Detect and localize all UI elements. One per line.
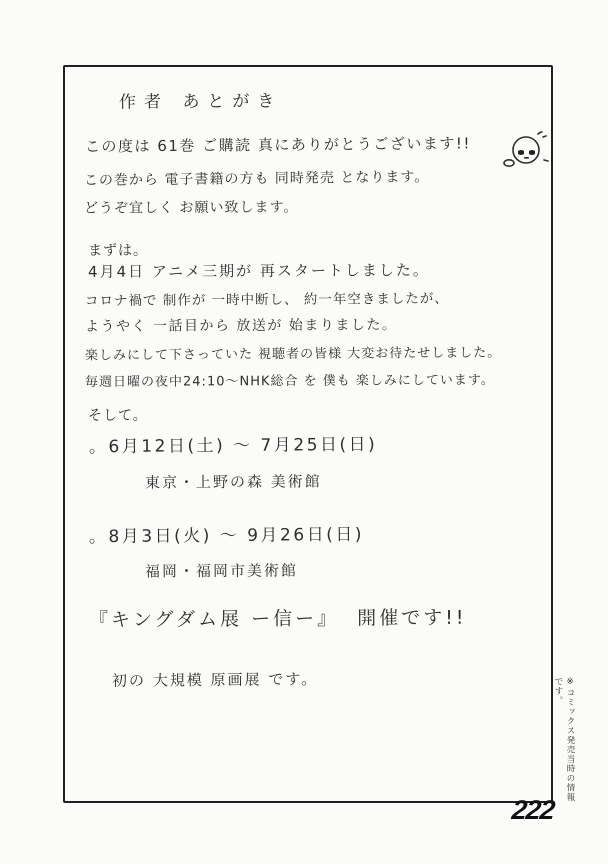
line-viewers: 楽しみにして下さっていた 視聴者の皆様 大変お待たせしました。 [85, 346, 501, 364]
line-schedule: 毎週日曜の夜中24:10〜NHK総合 を 僕も 楽しみにしています。 [85, 373, 495, 391]
line-tokyo-dates: 。6月12日(土) 〜 7月25日(日) [89, 435, 377, 458]
afterword-title: 作者 あとがき [119, 91, 283, 113]
line-thanks: この度は 61巻 ご購読 真にありがとうございます!! [85, 134, 471, 155]
page-number: 222 [510, 795, 555, 826]
line-regards: どうぞ宜しく お願い致します。 [84, 199, 298, 217]
line-ebook: この巻から 電子書籍の方も 同時発売 となります。 [84, 169, 429, 189]
line-fukuoka-dates: 。8月3日(火) 〜 9月26日(日) [89, 525, 364, 548]
line-anime-restart: 4月4日 アニメ三期が 再スタートしました。 [88, 261, 430, 281]
line-exhibition-note: 初の 大規模 原画展 です。 [112, 670, 318, 690]
line-broadcast: ようやく 一話目から 放送が 始まりました。 [85, 317, 397, 335]
release-time-disclaimer: ※コミックス発売当時の情報です。 [552, 677, 576, 807]
line-fukuoka-venue: 福岡・福岡市美術館 [145, 561, 298, 580]
sleepy-face-icon [500, 127, 552, 171]
line-first: まずは。 [88, 243, 148, 260]
line-corona: コロナ禍で 制作が 一時中断し、 約一年空きましたが、 [85, 291, 449, 310]
afterword-page: 作者 あとがき この度は 61巻 ご購読 真にありがとうございます!! この巻か… [0, 0, 608, 864]
line-tokyo-venue: 東京・上野の森 美術館 [145, 472, 322, 491]
line-and-then: そして。 [88, 408, 148, 425]
line-exhibition-title: 『キングダム展 ー信ー』 開催です!! [89, 607, 467, 632]
